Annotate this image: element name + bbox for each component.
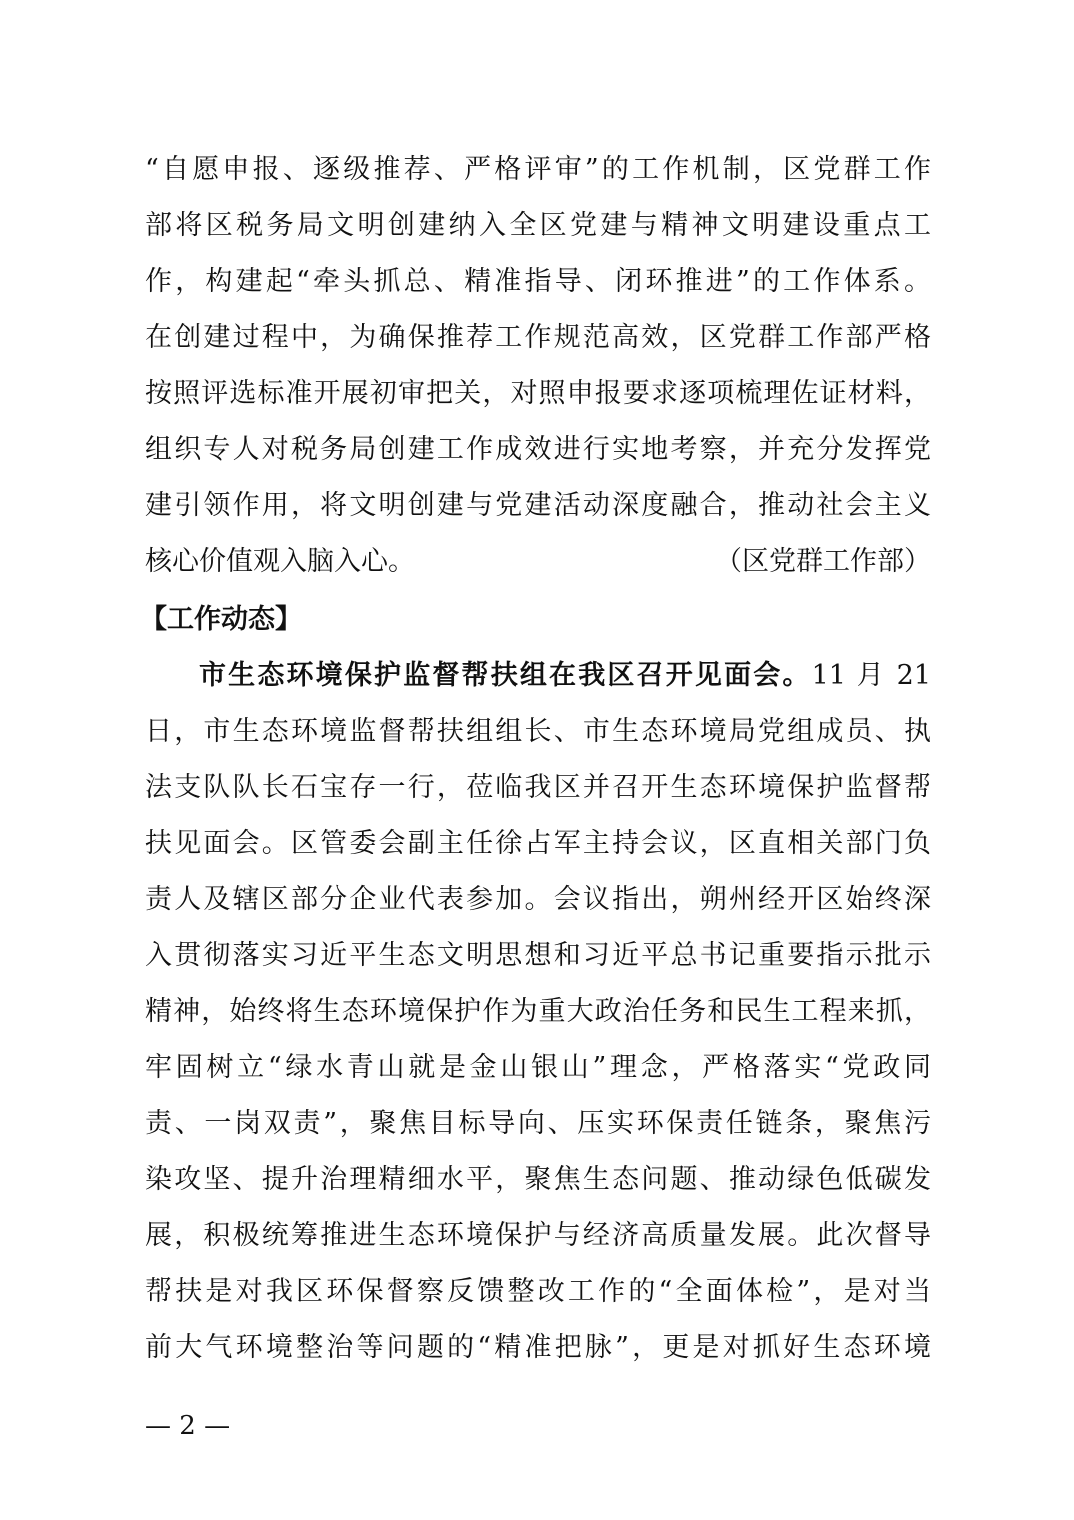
- paragraph-line: 责、一岗双责”，聚焦目标导向、压实环保责任链条，聚焦污: [145, 1104, 931, 1144]
- paragraph-line: 组织专人对税务局创建工作成效进行实地考察，并充分发挥党: [145, 430, 931, 470]
- news-headline: 市生态环境保护监督帮扶组在我区召开见面会。: [199, 660, 812, 691]
- paragraph-line: 展，积极统筹推进生态环境保护与经济高质量发展。此次督导: [145, 1216, 931, 1256]
- paragraph-line: 入贯彻落实习近平生态文明思想和习近平总书记重要指示批示: [145, 936, 931, 976]
- section-heading: 【工作动态】: [140, 600, 302, 640]
- document-page: “自愿申报、逐级推荐、严格评审”的工作机制，区党群工作 部将区税务局文明创建纳入…: [0, 0, 1074, 1520]
- department-signoff: （区党群工作部）: [715, 542, 931, 582]
- paragraph-line: 法支队队长石宝存一行，莅临我区并召开生态环境保护监督帮: [145, 768, 931, 808]
- paragraph-line: 责人及辖区部分企业代表参加。会议指出，朔州经开区始终深: [145, 880, 931, 920]
- news-date-fragment: 11 月 21: [812, 660, 931, 691]
- paragraph-line: 扶见面会。区管委会副主任徐占军主持会议，区直相关部门负: [145, 824, 931, 864]
- paragraph-line: 前大气环境整治等问题的“精准把脉”，更是对抓好生态环境: [145, 1328, 931, 1368]
- page-number: — 2 —: [145, 1408, 230, 1444]
- paragraph-line: “自愿申报、逐级推荐、严格评审”的工作机制，区党群工作: [145, 150, 931, 190]
- paragraph-line: 按照评选标准开展初审把关，对照申报要求逐项梳理佐证材料，: [145, 374, 931, 414]
- paragraph-line: 精神，始终将生态环境保护作为重大政治任务和民生工程来抓，: [145, 992, 931, 1032]
- paragraph-line-text: 核心价值观入脑入心。: [145, 546, 415, 577]
- paragraph-line: 建引领作用，将文明创建与党建活动深度融合，推动社会主义: [145, 486, 931, 526]
- paragraph-lead-line: 市生态环境保护监督帮扶组在我区召开见面会。11 月 21: [199, 656, 931, 696]
- paragraph-line: 在创建过程中，为确保推荐工作规范高效，区党群工作部严格: [145, 318, 931, 358]
- paragraph-line: 作，构建起“牵头抓总、精准指导、闭环推进”的工作体系。: [145, 262, 931, 302]
- paragraph-line: 帮扶是对我区环保督察反馈整改工作的“全面体检”，是对当: [145, 1272, 931, 1312]
- paragraph-last-line: 核心价值观入脑入心。 （区党群工作部）: [145, 542, 931, 582]
- paragraph-line: 日，市生态环境监督帮扶组组长、市生态环境局党组成员、执: [145, 712, 931, 752]
- paragraph-line: 染攻坚、提升治理精细水平，聚焦生态问题、推动绿色低碳发: [145, 1160, 931, 1200]
- paragraph-line: 牢固树立“绿水青山就是金山银山”理念，严格落实“党政同: [145, 1048, 931, 1088]
- paragraph-line: 部将区税务局文明创建纳入全区党建与精神文明建设重点工: [145, 206, 931, 246]
